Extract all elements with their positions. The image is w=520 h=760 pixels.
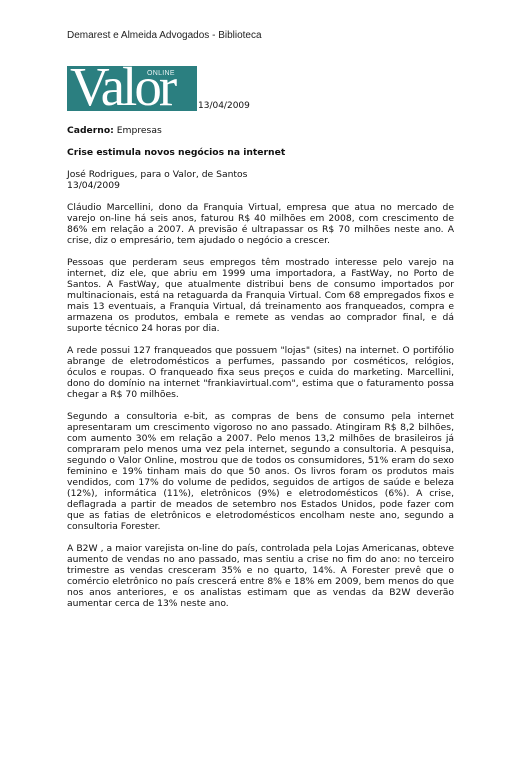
byline-block: José Rodrigues, para o Valor, de Santos1… (67, 169, 454, 191)
paragraph: Segundo a consultoria e-bit, as compras … (67, 411, 454, 532)
library-header: Demarest e Almeida Advogados - Bibliotec… (67, 30, 262, 41)
publication-date: 13/04/2009 (198, 101, 250, 111)
paragraph: Pessoas que perderam seus empregos têm m… (67, 257, 454, 334)
section-line: Caderno: Empresas (67, 125, 454, 136)
masthead: Valor ONLINE 13/04/2009 (67, 66, 250, 111)
byline: José Rodrigues, para o Valor, de Santos (67, 169, 247, 180)
section-label: Caderno: (67, 125, 114, 136)
paragraph: A B2W , a maior varejista on-line do paí… (67, 543, 454, 609)
article: Caderno: Empresas Crise estimula novos n… (67, 125, 454, 620)
paragraph: Cláudio Marcellini, dono da Franquia Vir… (67, 202, 454, 246)
article-date: 13/04/2009 (67, 180, 120, 191)
logo-sub: ONLINE (147, 70, 175, 77)
paragraph: A rede possui 127 franqueados que possue… (67, 345, 454, 400)
valor-online-logo: Valor ONLINE (67, 66, 197, 111)
section-value: Empresas (114, 125, 162, 136)
headline: Crise estimula novos negócios na interne… (67, 147, 454, 158)
